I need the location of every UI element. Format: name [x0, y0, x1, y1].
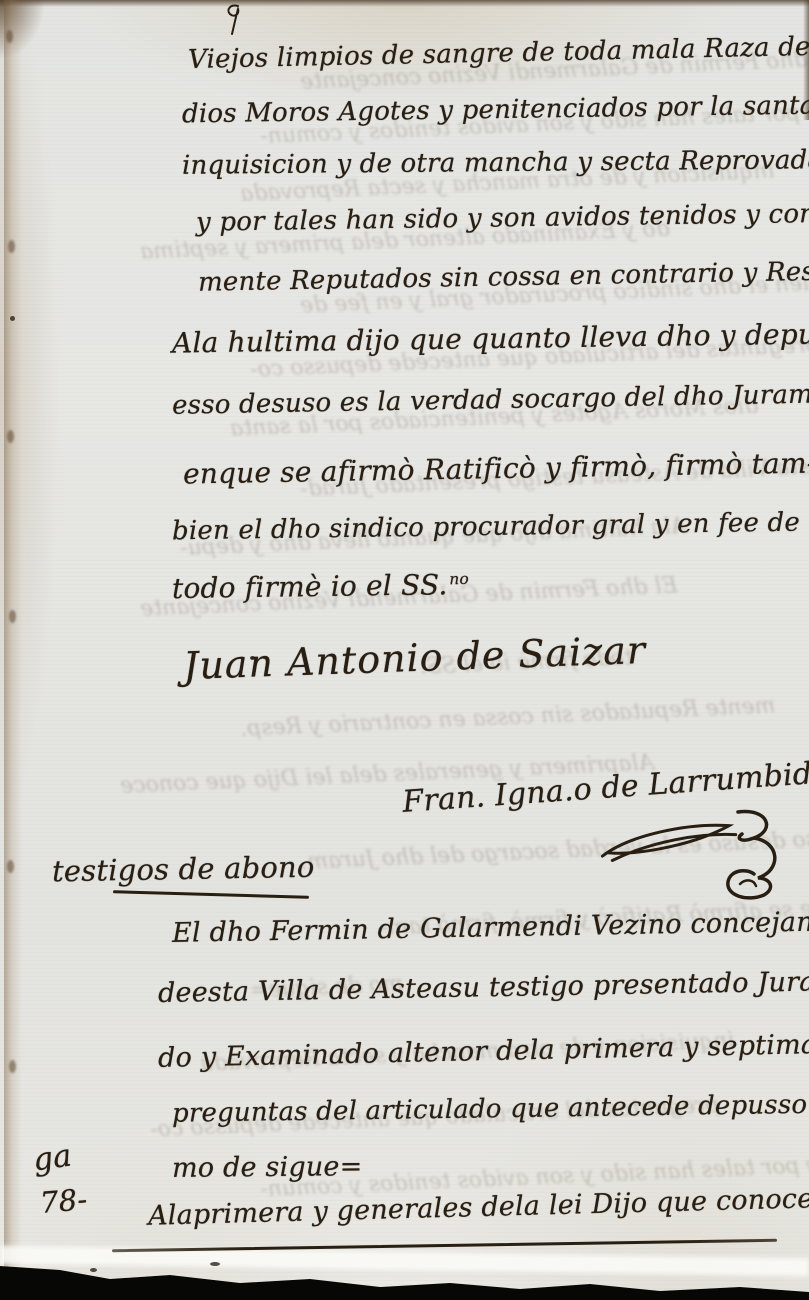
binding-stitch: [8, 240, 15, 253]
ink-speck: [10, 316, 15, 321]
stray-ink-mark: [220, 2, 246, 36]
manuscript-line: preguntas del articulado que antecede de…: [172, 1089, 809, 1129]
bleedthrough-text: mente Reputados sin cossa en contrario y…: [240, 693, 776, 741]
binding-stitch: [7, 860, 14, 873]
manuscript-line: El dho Fermin de Galarmendi Vezino conce…: [172, 906, 809, 949]
ink-speck: [210, 1262, 220, 1266]
margin-note: ga: [31, 1137, 74, 1178]
line-text: do y Examinado altenor dela primera y se…: [158, 1029, 809, 1074]
line-text: inquisicion y de otra mancha y secta Rep…: [182, 145, 809, 181]
manuscript-page: El dho Fermin de Galarmendi Vezino conce…: [0, 0, 809, 1300]
line-text: El dho Fermin de Galarmendi Vezino conce…: [172, 906, 809, 949]
manuscript-line: inquisicion y de otra mancha y secta Rep…: [182, 145, 809, 181]
manuscript-line: deesta Villa de Asteasu testigo presenta…: [158, 966, 809, 1009]
manuscript-line: mo de sigue=: [172, 1151, 363, 1184]
page-top-edge: [0, 0, 809, 7]
manuscript-line: todo firmè io el SS.no: [172, 568, 469, 605]
line-text: deesta Villa de Asteasu testigo presenta…: [158, 966, 809, 1009]
manuscript-line: enque se afirmò Ratificò y firmò, firmò …: [183, 446, 809, 490]
signature-rubric-flourish: [710, 808, 790, 900]
ink-speck: [250, 656, 255, 660]
margin-note-folio-number: 78-: [39, 1182, 89, 1220]
manuscript-line: do y Examinado altenor dela primera y se…: [158, 1029, 809, 1074]
binding-stitch: [9, 610, 16, 623]
binding-seam: [4, 0, 22, 1300]
manuscript-line: bien el dho sindico procurador gral y en…: [172, 508, 800, 547]
binding-stitch: [7, 430, 14, 443]
binding-stitch: [9, 1060, 16, 1073]
section-heading-testigos-de-abono: testigos de abono: [52, 850, 315, 889]
scanned-document: El dho Fermin de Galarmendi Vezino conce…: [0, 0, 809, 1300]
line-text: mo de sigue=: [172, 1151, 363, 1184]
line-text: todo firmè io el SS.: [172, 568, 448, 605]
ink-speck: [90, 1268, 97, 1272]
heading-underline: [113, 890, 309, 898]
superscript-abbreviation: no: [449, 570, 469, 588]
binding-stitch: [6, 30, 13, 43]
line-text: bien el dho sindico procurador gral y en…: [172, 508, 800, 547]
line-text: enque se afirmò Ratificò y firmò, firmò …: [183, 446, 809, 490]
closing-rule-divider: [112, 1239, 777, 1252]
line-text: preguntas del articulado que antecede de…: [172, 1089, 809, 1129]
